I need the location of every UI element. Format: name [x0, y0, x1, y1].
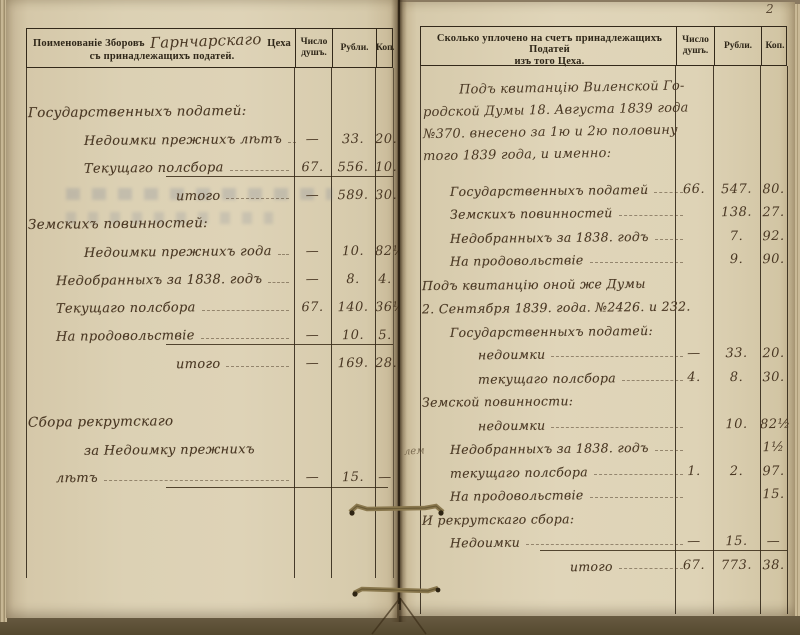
entry-label: недоимки	[478, 347, 546, 363]
entry-label: Текущаго полсбора	[84, 160, 224, 176]
ledger-row: текущаго полсбора1.2.97.	[420, 456, 787, 480]
right-page: Сколько уплочено на счетъ принадлежащихъ…	[399, 2, 795, 616]
column-header-rubles: Рубли.	[332, 29, 376, 67]
entry-label: Сбора рекрутскаго	[28, 413, 174, 431]
header-title-prefix: Поименованіе Зборовъ	[33, 38, 145, 49]
paragraph-line: того 1839 года, и именно:	[423, 142, 673, 168]
ledger-row: Земскихъ повинностей:	[26, 204, 393, 232]
ledger-book-spread: Поименованіе Зборовъ Гарнчарскаго Цеха с…	[0, 0, 800, 635]
sum-rule	[166, 344, 393, 345]
ledger-row: лѣтъ—15.—	[26, 458, 393, 486]
amount-souls: 1.	[675, 463, 713, 479]
amount-rub: 33.	[331, 132, 375, 148]
left-page: Поименованіе Зборовъ Гарнчарскаго Цеха с…	[6, 0, 397, 618]
amount-kop: 92.	[760, 228, 787, 243]
leader-dashes	[104, 480, 289, 481]
ledger-entries-left: Государственныхъ податей:Недоимки прежни…	[26, 70, 393, 486]
amount-kop: 20.	[760, 346, 787, 361]
entry-label: за Недоимку прежнихъ	[84, 442, 255, 459]
header-title-suffix: Цеха	[267, 38, 291, 49]
entry-label: Земскихъ повинностей:	[28, 215, 208, 233]
amount-kop: 27.	[760, 205, 787, 220]
margin-note: лем	[404, 445, 425, 457]
amount-kop: 15.	[760, 487, 787, 502]
ledger-row: 2. Сентября 1839. года. №2426. и 232.	[420, 292, 787, 316]
leader-dashes	[655, 239, 683, 240]
amount-souls: —	[675, 534, 713, 550]
ledger-row: На продовольствіе15.	[420, 480, 787, 504]
ledger-row: На продовольствіе—10.5.	[26, 316, 393, 344]
amount-souls: —	[294, 132, 331, 148]
ledger-row: Сбора рекрутскаго	[26, 402, 393, 430]
ledger-entries-right: Государственныхъ податей66.547.80.Земски…	[420, 174, 787, 574]
header-title-line2: изъ того Цеха.	[427, 56, 672, 67]
amount-rub: 15.	[331, 470, 375, 486]
amount-rub: 773.	[713, 557, 760, 573]
leader-dashes	[526, 544, 683, 545]
amount-rub: 9.	[713, 252, 760, 268]
table-header-left: Поименованіе Зборовъ Гарнчарскаго Цеха с…	[26, 28, 393, 68]
entry-label: На продовольствіе	[450, 252, 584, 268]
entry-label: 2. Сентября 1839. года. №2426. и 232.	[422, 299, 691, 317]
leader-dashes	[226, 366, 289, 367]
amount-kop: 30.	[760, 369, 787, 384]
amount-rub: 138.	[713, 205, 760, 221]
sum-rule	[166, 176, 393, 177]
amount-souls: 67.	[294, 160, 331, 176]
entry-label: лѣтъ	[56, 471, 98, 486]
amount-kop: 97.	[760, 463, 787, 478]
page-number: 2	[766, 2, 774, 16]
leader-dashes	[622, 380, 683, 381]
ledger-row: итого—589.30.	[26, 176, 393, 204]
entry-label: текущаго полсбора	[450, 464, 588, 480]
entry-label: На продовольствіе	[450, 487, 584, 503]
leader-dashes	[594, 474, 683, 475]
ledger-row: недоимки—33.20.	[420, 339, 787, 363]
amount-souls: —	[294, 328, 331, 344]
entry-label: Текущаго полсбора	[56, 300, 196, 316]
ledger-row: Государственныхъ податей:	[420, 315, 787, 339]
header-title-line1: Сколько уплочено на счетъ принадлежащихъ…	[427, 33, 672, 55]
quittance-paragraph: Подъ квитанцію Виленской Го-родской Думы…	[423, 78, 673, 166]
amount-souls: 4.	[675, 369, 713, 385]
amount-kop: 38.	[760, 557, 787, 572]
amount-souls: —	[294, 272, 331, 288]
amount-rub: 547.	[713, 181, 760, 197]
ledger-row: Текущаго полсбора67.556.10.	[26, 148, 393, 176]
guild-name-handwritten: Гарнчарскаго	[150, 30, 262, 52]
amount-souls: —	[294, 244, 331, 260]
amount-souls: —	[675, 346, 713, 362]
ledger-row: Недоимки прежнихъ года—10.82½	[26, 232, 393, 260]
ledger-row: недоимки10.82½	[420, 409, 787, 433]
amount-rub: 10.	[713, 416, 760, 432]
leader-dashes	[268, 282, 289, 283]
entry-label: текущаго полсбора	[478, 370, 616, 386]
amount-souls: —	[294, 188, 331, 204]
ledger-row: Земской повинности:	[420, 386, 787, 410]
amount-kop: 82½	[760, 416, 787, 431]
entry-label: Недоимки прежнихъ лѣтъ	[84, 132, 282, 149]
column-header-souls: Число душъ.	[676, 27, 714, 65]
amount-kop: 90.	[760, 252, 787, 267]
amount-rub: 7.	[713, 228, 760, 244]
amount-rub: 8.	[331, 272, 375, 288]
leader-dashes	[230, 170, 289, 171]
ledger-row: Государственныхъ податей:	[26, 92, 393, 120]
entry-label: Недоимки прежнихъ года	[84, 244, 272, 261]
entry-label: недоимки	[478, 417, 546, 433]
entry-label: Подъ квитанцію оной же Думы	[422, 275, 646, 292]
column-header-rubles: Рубли.	[714, 27, 761, 65]
leader-dashes	[655, 450, 683, 451]
amount-kop: 1½	[760, 440, 787, 455]
amount-rub: 15.	[713, 534, 760, 550]
amount-rub: 10.	[331, 328, 375, 344]
page-fold-v	[360, 596, 440, 635]
amount-rub: 33.	[713, 346, 760, 362]
table-border-right	[787, 66, 788, 614]
binding-thread-top	[346, 498, 446, 520]
entry-label: Недоимки	[450, 535, 520, 551]
entry-label: Земскихъ повинностей	[450, 205, 613, 222]
leader-dashes	[619, 568, 683, 569]
header-title-cell: Поименованіе Зборовъ Гарнчарскаго Цеха с…	[27, 29, 295, 67]
entry-label: Недобранныхъ за 1838. годъ	[450, 440, 649, 457]
amount-souls: —	[294, 470, 331, 486]
amount-souls: 67.	[675, 557, 713, 573]
amount-kop: —	[760, 534, 787, 549]
ledger-row: Земскихъ повинностей138.27.	[420, 198, 787, 222]
leader-dashes	[202, 310, 289, 311]
leader-dashes	[551, 356, 683, 357]
amount-rub: 169.	[331, 356, 375, 372]
column-header-souls: Число душъ.	[295, 29, 332, 67]
table-header-right: Сколько уплочено на счетъ принадлежащихъ…	[420, 26, 787, 66]
amount-souls: 66.	[675, 181, 713, 197]
ledger-row: Недоимки—15.—	[420, 527, 787, 551]
entry-label: Земской повинности:	[422, 393, 573, 410]
ledger-row: На продовольствіе9.90.	[420, 245, 787, 269]
ledger-row: Недоимки прежнихъ лѣтъ—33.20.	[26, 120, 393, 148]
ledger-row: И рекрутскаго сбора:	[420, 503, 787, 527]
entry-label: Государственныхъ податей:	[450, 322, 653, 339]
ledger-row: Недобранныхъ за 1838. годъ7.92.	[420, 221, 787, 245]
leader-dashes	[590, 262, 683, 263]
amount-rub: 10.	[331, 244, 375, 260]
leader-dashes	[226, 198, 289, 199]
amount-souls: 67.	[294, 300, 331, 316]
column-header-kopecks: Коп.	[761, 27, 788, 65]
sum-rule	[166, 487, 388, 488]
ledger-row: итого67.773.38.	[420, 550, 787, 574]
amount-rub: 8.	[713, 369, 760, 385]
amount-rub: 2.	[713, 463, 760, 479]
entry-label: итого	[176, 189, 221, 204]
entry-label: итого	[176, 357, 221, 372]
entry-label: Государственныхъ податей	[450, 181, 649, 198]
ledger-row: итого—169.28.	[26, 344, 393, 372]
ledger-row: текущаго полсбора4.8.30.	[420, 362, 787, 386]
entry-label: итого	[570, 558, 613, 573]
ledger-row: Недобранныхъ за 1838. годъ—8.4.	[26, 260, 393, 288]
entry-label: На продовольствіе	[56, 328, 195, 344]
amount-kop: 80.	[760, 181, 787, 196]
ledger-row: Недобранныхъ за 1838. годъ1½	[420, 433, 787, 457]
entry-label: Недобранныхъ за 1838. годъ	[450, 228, 649, 245]
leader-dashes	[590, 497, 683, 498]
amount-rub: 589.	[331, 188, 375, 204]
amount-rub: 140.	[331, 300, 375, 316]
leader-dashes	[551, 427, 683, 428]
ledger-row: Текущаго полсбора67.140.36½	[26, 288, 393, 316]
ledger-row: Подъ квитанцію оной же Думы	[420, 268, 787, 292]
sum-rule	[540, 550, 787, 551]
entry-label: Недобранныхъ за 1838. годъ	[56, 272, 263, 289]
header-title-line2: съ принадлежащихъ податей.	[33, 51, 291, 62]
amount-rub: 556.	[331, 160, 375, 176]
entry-label: Государственныхъ податей:	[28, 103, 247, 121]
leader-dashes	[619, 215, 683, 216]
amount-souls: —	[294, 356, 331, 372]
leader-dashes	[278, 254, 289, 255]
ledger-row: за Недоимку прежнихъ	[26, 430, 393, 458]
leader-dashes	[201, 338, 289, 339]
ledger-row	[26, 372, 393, 402]
ledger-row: Государственныхъ податей66.547.80.	[420, 174, 787, 198]
